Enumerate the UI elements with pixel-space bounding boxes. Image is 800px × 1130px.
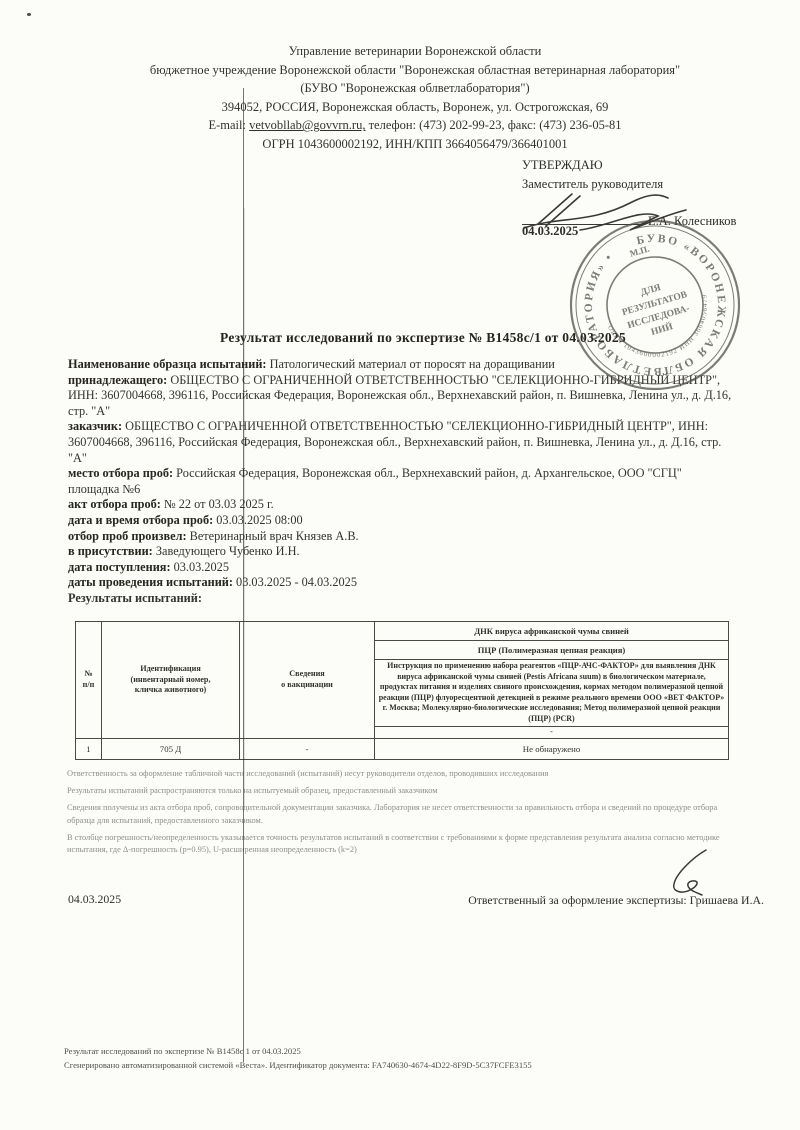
field-sampled-by: отбор проб произвел: Ветеринарный врач К… — [68, 529, 736, 545]
field-sampling-place: место отбора проб: Российская Федерация,… — [68, 466, 736, 497]
footnote-1: Ответственность за оформление табличной … — [67, 768, 743, 781]
approve-label: УТВЕРЖДАЮ — [522, 156, 663, 175]
col-header-identification: Идентификация (инвентарный номер, кличка… — [102, 622, 240, 739]
header-instruction: Инструкция по применению набора реагенто… — [375, 660, 729, 727]
col-header-num: № п/п — [76, 622, 102, 739]
org-ogrn-inn: ОГРН 1043600002192, ИНН/КПП 3664056479/3… — [30, 135, 800, 154]
footer-expertise-ref: Результат исследований по экспертизе № В… — [64, 1045, 744, 1059]
phone-fax: телефон: (473) 202-99-23, факс: (473) 23… — [369, 118, 622, 132]
table-row: 1 705 Д - Не обнаружено — [76, 738, 729, 759]
stamp-mp-label: М.П. — [629, 244, 651, 259]
header-method: ПЦР (Полимеразная цепная реакция) — [375, 641, 729, 660]
cell-num: 1 — [76, 738, 102, 759]
footer-generated-by: Сгенерировано автоматизированной системо… — [64, 1059, 744, 1073]
header-disease: ДНК вируса африканской чумы свиней — [375, 622, 729, 641]
cell-identification: 705 Д — [102, 738, 240, 759]
results-section-label: Результаты испытаний: — [68, 591, 736, 607]
letterhead: Управление ветеринарии Воронежской облас… — [30, 42, 800, 154]
cell-vaccination: - — [240, 738, 375, 759]
field-sampling-act: акт отбора проб: № 22 от 03.03 2025 г. — [68, 497, 736, 513]
field-customer: заказчик: ОБЩЕСТВО С ОГРАНИЧЕННОЙ ОТВЕТС… — [68, 419, 736, 466]
results-table: № п/п Идентификация (инвентарный номер, … — [75, 621, 729, 760]
footnote-2: Результаты испытаний распространяются то… — [67, 785, 743, 798]
document-page: Управление ветеринарии Воронежской облас… — [0, 0, 800, 1130]
email-label: E-mail: — [208, 118, 246, 132]
document-footer: Результат исследований по экспертизе № В… — [64, 1045, 744, 1072]
footnote-4: В столбце погрешность/неопределенность у… — [67, 832, 743, 857]
cell-result: Не обнаружено — [375, 738, 729, 759]
field-received-date: дата поступления: 03.03.2025 — [68, 560, 736, 576]
scan-speck — [27, 13, 31, 16]
footnote-3: Сведения получены из акта отбора проб, с… — [67, 802, 743, 827]
org-name-line2: бюджетное учреждение Воронежской области… — [30, 61, 800, 80]
field-sampling-datetime: дата и время отбора проб: 03.03.2025 08:… — [68, 513, 736, 529]
scan-fold-line — [243, 88, 244, 1062]
col-header-vaccination: Сведения о вакцинации — [240, 622, 375, 739]
email-link[interactable]: vetvobllab@govvrn.ru, — [249, 118, 365, 132]
signoff-date: 04.03.2025 — [68, 892, 121, 907]
org-name-line3: (БУВО "Воронежская облветлаборатория") — [30, 79, 800, 98]
field-test-dates: даты проведения испытаний: 03.03.2025 - … — [68, 575, 736, 591]
org-contacts: E-mail: vetvobllab@govvrn.ru, телефон: (… — [30, 116, 800, 135]
responsible-person: Ответственный за оформление экспертизы: … — [468, 893, 764, 908]
header-dash: - — [375, 726, 729, 738]
field-witness: в присутствии: Заведующего Чубенко И.Н. — [68, 544, 736, 560]
footnotes: Ответственность за оформление табличной … — [67, 768, 743, 862]
org-address: 394052, РОССИЯ, Воронежская область, Вор… — [30, 98, 800, 117]
stamp-center-line1: ДЛЯ — [640, 283, 663, 298]
org-name-line1: Управление ветеринарии Воронежской облас… — [30, 42, 800, 61]
